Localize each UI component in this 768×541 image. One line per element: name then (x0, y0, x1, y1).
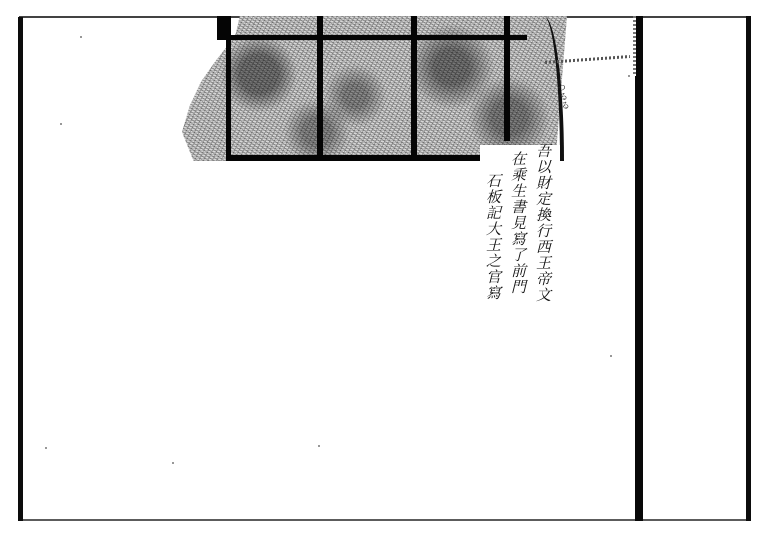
scan-speck (628, 75, 630, 77)
scan-speck (172, 462, 174, 464)
grid-bar (411, 16, 417, 161)
page-fold-line (635, 16, 643, 521)
handwritten-annotation: 吾以財定換行西王帝文 在乘生書見寫了前門 石板記大王之官寫 (485, 143, 565, 343)
grid-bar (217, 35, 527, 40)
page-border-left (18, 17, 23, 521)
grid-bar (504, 16, 510, 141)
annotation-column-1: 吾以財定換行西王帝文 (535, 143, 550, 303)
scan-speck (80, 36, 82, 38)
grid-bar (226, 155, 481, 161)
grid-bar (317, 16, 323, 161)
scan-speck (318, 445, 320, 447)
scan-speck (610, 355, 612, 357)
annotation-column-2: 在乘生書見寫了前門 (510, 151, 525, 295)
rubbing-image (182, 16, 567, 161)
scanned-page: つるる 吾以財定換行西王帝文 在乘生書見寫了前門 石板記大王之官寫 (0, 0, 768, 541)
grid-bar (226, 16, 231, 161)
annotation-column-3: 石板記大王之官寫 (485, 173, 500, 301)
fold-shadow (633, 16, 636, 76)
scan-speck (60, 123, 62, 125)
scan-speck (45, 447, 47, 449)
page-border-right (746, 16, 751, 521)
